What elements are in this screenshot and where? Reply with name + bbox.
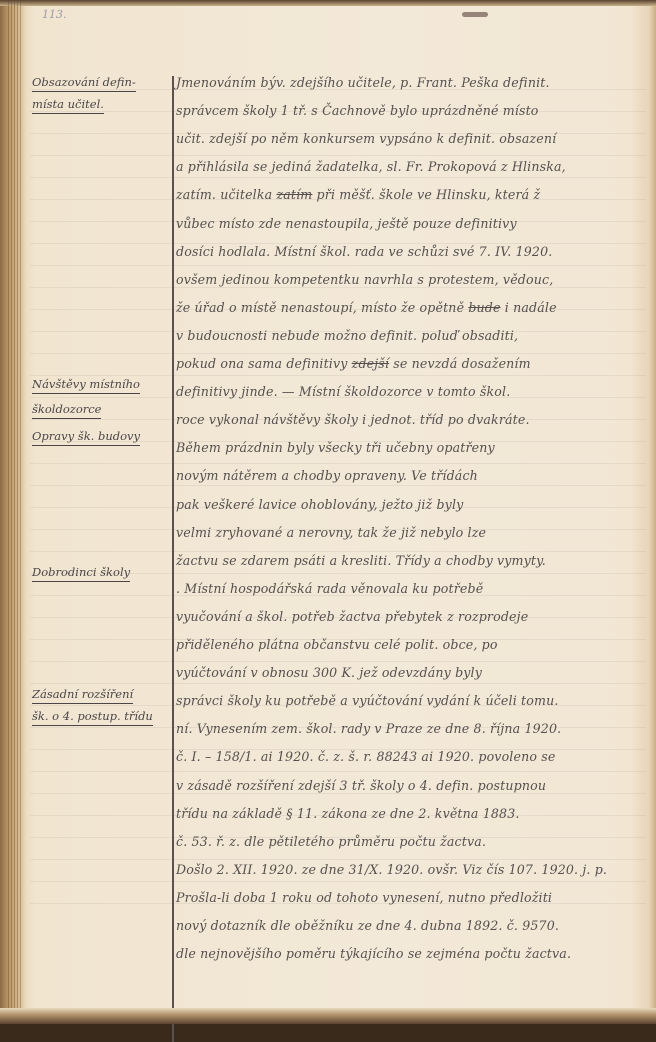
margin-heading: Opravy šk. budovy	[32, 428, 140, 446]
handwritten-line: č. I. – 158/1. ai 1920. č. z. š. r. 8824…	[176, 748, 555, 766]
struck-word: bude	[468, 300, 500, 315]
handwritten-line: Došlo 2. XII. 1920. ze dne 31/X. 1920. o…	[176, 861, 607, 879]
chronicle-page: 113. Obsazování defin-místa učitel.Návšt…	[0, 0, 656, 1024]
margin-heading: Návštěvy místního	[32, 376, 140, 394]
handwritten-line: nový dotazník dle oběžníku ze dne 4. dub…	[176, 917, 559, 935]
handwritten-line: správci školy ku potřebě a vyúčtování vy…	[176, 692, 558, 710]
struck-word: zdejší	[352, 356, 389, 371]
handwritten-line: definitivy jinde. — Místní školdozorce v…	[176, 383, 510, 401]
handwritten-line: správcem školy 1 tř. s Čachnově bylo upr…	[176, 102, 539, 120]
handwritten-line: . Místní hospodářská rada věnovala ku po…	[176, 580, 483, 598]
book-binding-edge	[8, 0, 22, 1010]
struck-word: zatím	[276, 187, 312, 202]
handwritten-line: ní. Vynesením zem. škol. rady v Praze ze…	[176, 720, 561, 738]
handwritten-line: Během prázdnin byly všecky tři učebny op…	[176, 439, 495, 457]
handwritten-line: zatím. učitelka zatím při měšť. škole ve…	[176, 186, 540, 204]
handwritten-line: novým nátěrem a chodby opraveny. Ve tříd…	[176, 467, 478, 485]
handwritten-line: učit. zdejší po něm konkursem vypsáno k …	[176, 130, 556, 148]
handwritten-line: ovšem jedinou kompetentku navrhla s prot…	[176, 271, 553, 289]
column-divider-rule	[172, 76, 174, 1024]
handwritten-line: třídu na základě § 11. zákona ze dne 2. …	[176, 805, 520, 823]
handwritten-line: žactvu se zdarem psáti a kresliti. Třídy…	[176, 552, 546, 570]
handwritten-line: pak veškeré lavice ohoblovány, ježto již…	[176, 496, 463, 514]
handwritten-line: roce vykonal návštěvy školy i jednot. tř…	[176, 411, 530, 429]
handwritten-line: že úřad o místě nenastoupí, místo že opě…	[176, 299, 557, 317]
margin-heading: školdozorce	[32, 401, 101, 419]
page-number: 113.	[42, 8, 67, 21]
margin-heading: Obsazování defin-	[32, 74, 136, 92]
handwritten-line: přiděleného plátna občanstvu celé polit.…	[176, 636, 498, 654]
handwritten-line: vůbec místo zde nenastoupila, ještě pouz…	[176, 215, 517, 233]
handwritten-line: č. 53. ř. z. dle pětiletého průměru počt…	[176, 833, 486, 851]
handwritten-line: dosíci hodlala. Místní škol. rada ve sch…	[176, 243, 552, 261]
handwritten-line: vyúčtování v obnosu 300 K. jež odevzdány…	[176, 664, 482, 682]
handwritten-line: Prošla-li doba 1 roku od tohoto vynesení…	[176, 889, 552, 907]
margin-heading: Zásadní rozšíření	[32, 686, 133, 704]
margin-heading: Dobrodinci školy	[32, 564, 130, 582]
handwritten-line: vyučování a škol. potřeb žactva přebytek…	[176, 608, 528, 626]
handwritten-line: dle nejnovějšího poměru týkajícího se ze…	[176, 945, 571, 963]
handwritten-line: pokud ona sama definitivy zdejší se nevz…	[176, 355, 531, 373]
margin-heading: místa učitel.	[32, 96, 104, 114]
handwritten-line: velmi zryhované a nerovny, tak že již ne…	[176, 524, 486, 542]
handwritten-line: Jmenováním býv. zdejšího učitele, p. Fra…	[176, 74, 550, 92]
margin-heading: šk. o 4. postup. třídu	[32, 708, 153, 726]
handwritten-line: a přihlásila se jediná žadatelka, sl. Fr…	[176, 158, 566, 176]
handwritten-line: v zásadě rozšíření zdejší 3 tř. školy o …	[176, 777, 546, 795]
ink-smudge	[462, 12, 488, 17]
handwritten-line: v budoucnosti nebude možno definit. polu…	[176, 327, 518, 345]
